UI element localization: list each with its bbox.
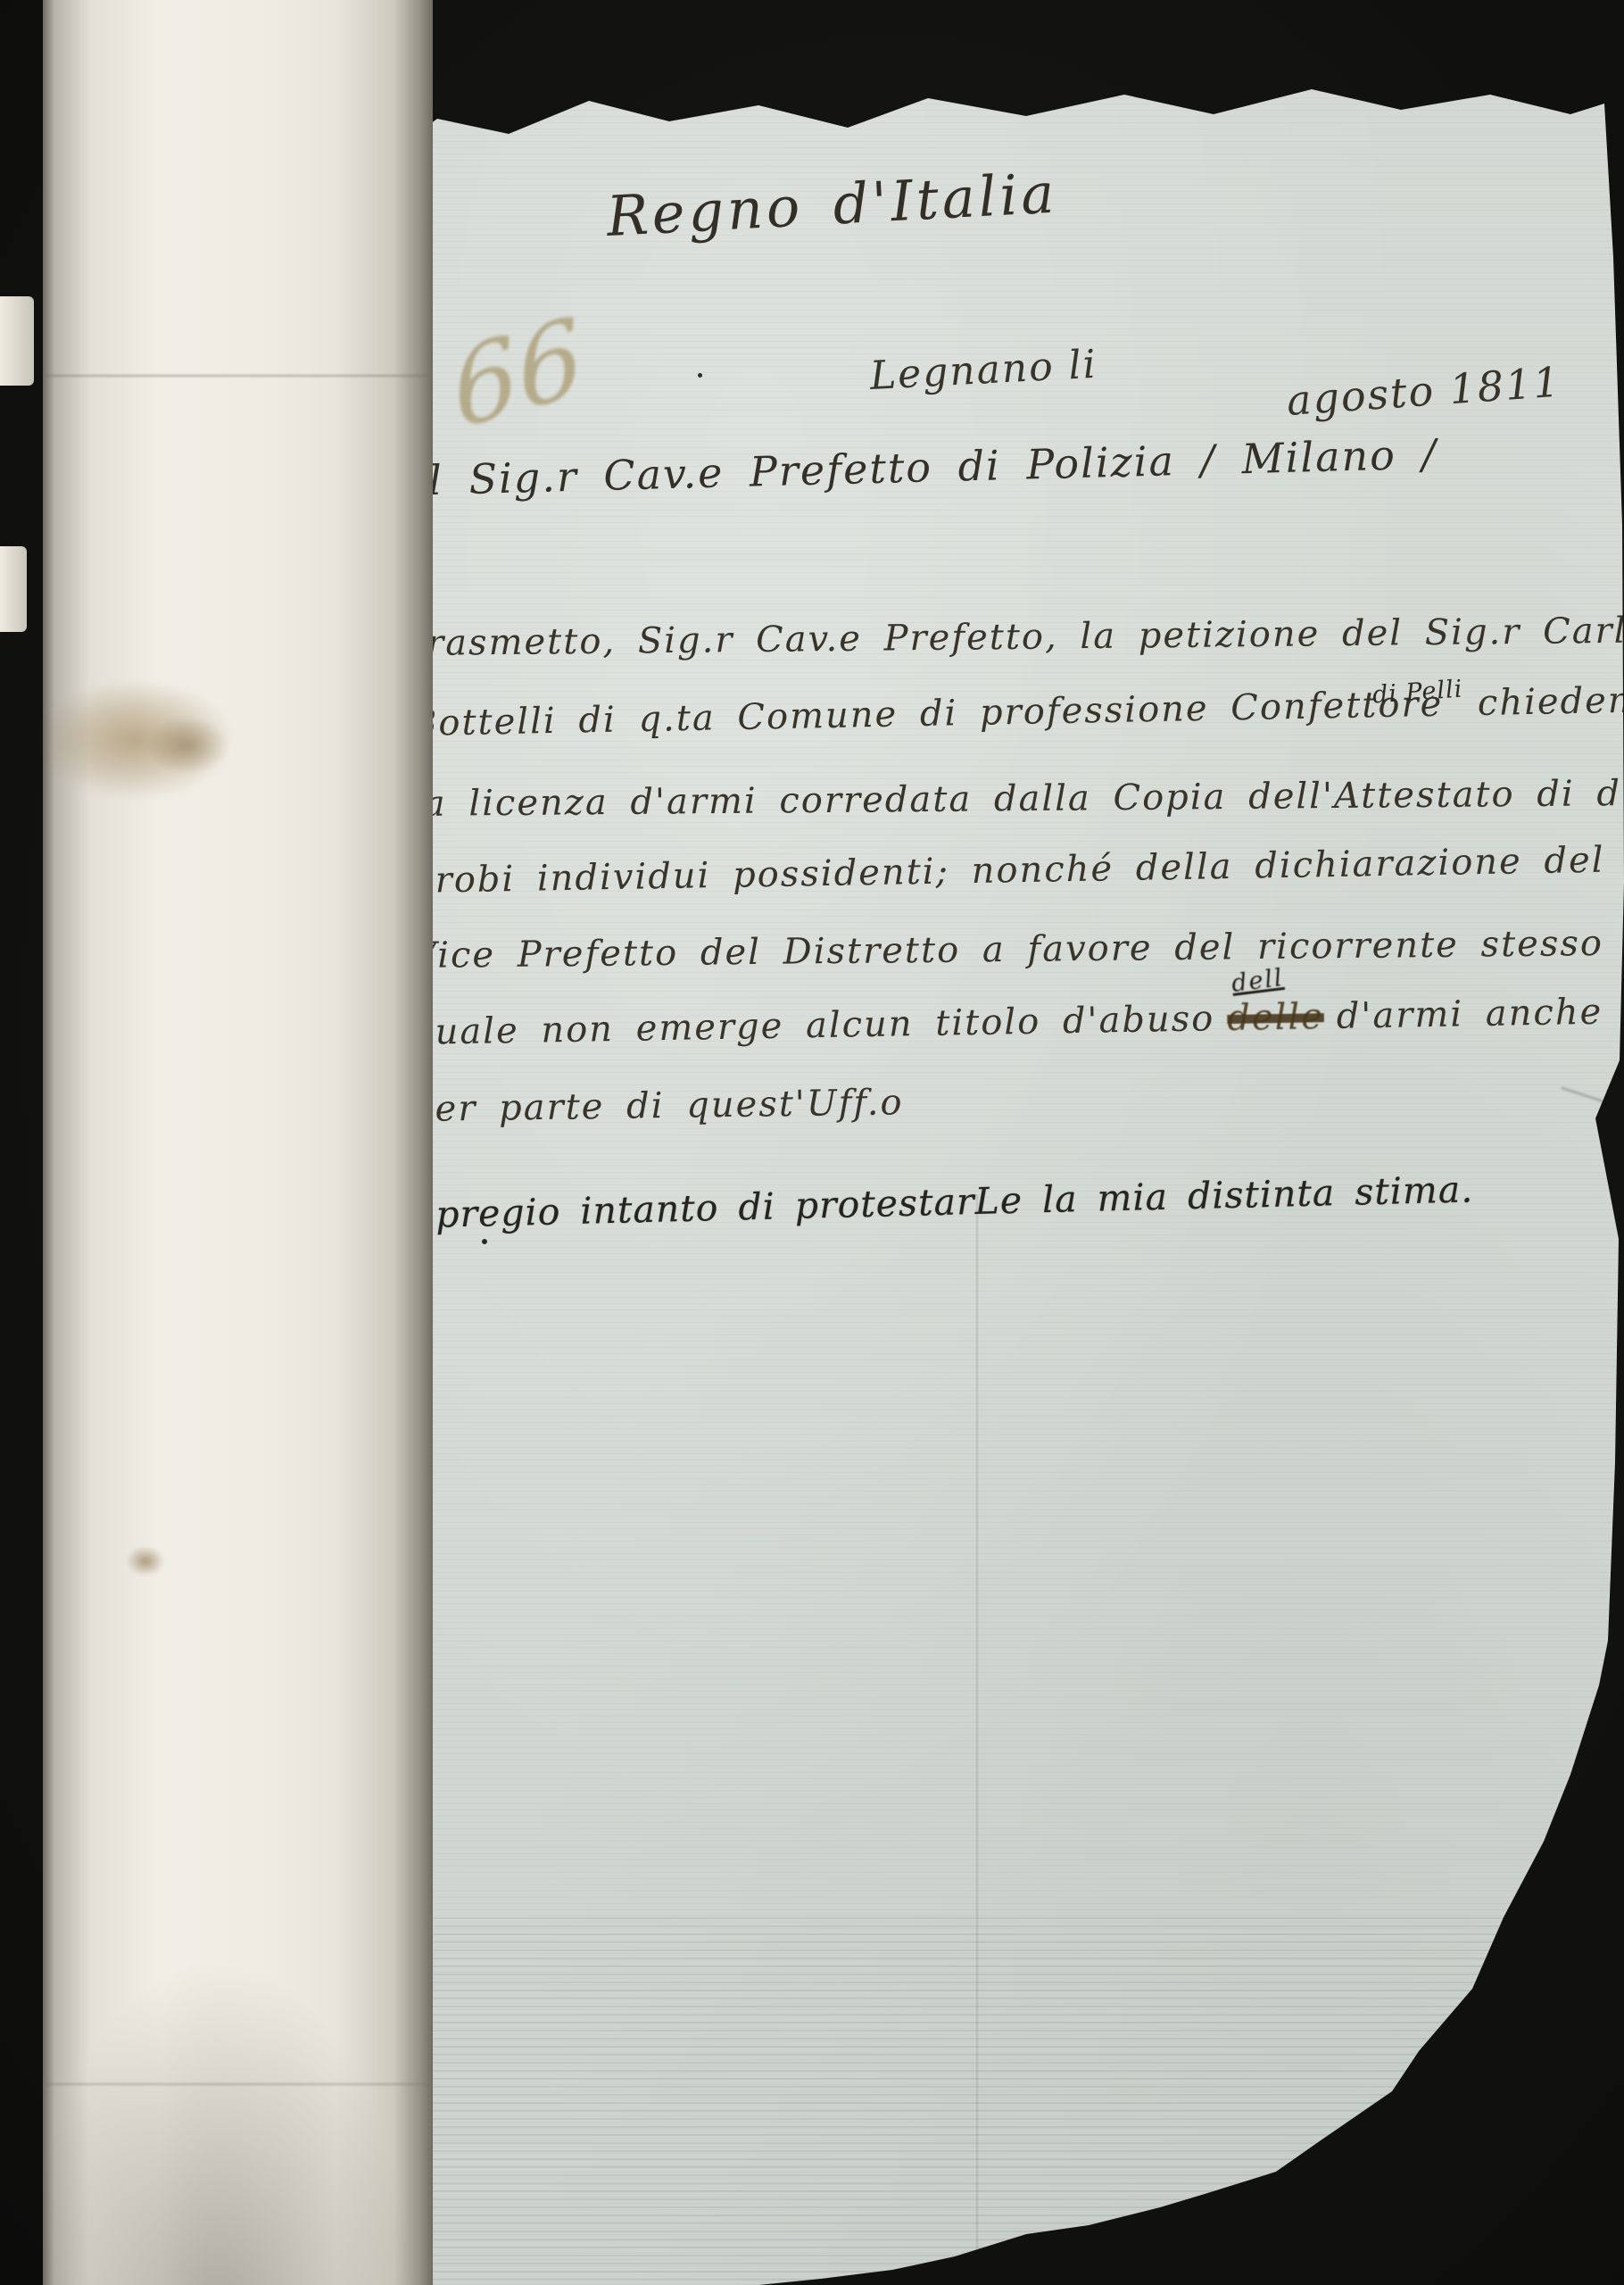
stain-spot <box>121 1542 170 1580</box>
ink-speck <box>482 1239 487 1244</box>
body-line-7: per parte di quest'Uff.o <box>410 1082 904 1130</box>
manuscript-photo: 66 Regno d'Italia Legnano li agosto 1811… <box>0 0 1624 2285</box>
paper-texture-bottom <box>384 1917 1624 2285</box>
struck-out-word: delledell <box>1227 996 1324 1039</box>
letter-sheet: 66 Regno d'Italia Legnano li agosto 1811… <box>384 79 1624 2285</box>
body-line-2-end: chiedente, <box>1477 679 1624 724</box>
struck-word-text: delle <box>1227 996 1324 1039</box>
fold-crease <box>43 2081 433 2087</box>
stain-blot-core <box>134 707 241 784</box>
fold-crease <box>43 373 433 378</box>
ink-speck <box>698 373 702 378</box>
paper-tab <box>0 296 34 386</box>
vertical-crease <box>975 1194 979 2285</box>
body-line-6-end: d'armi anche <box>1336 992 1603 1037</box>
paper-tab <box>0 546 27 632</box>
fold-bottom-shadow <box>43 1928 433 2285</box>
